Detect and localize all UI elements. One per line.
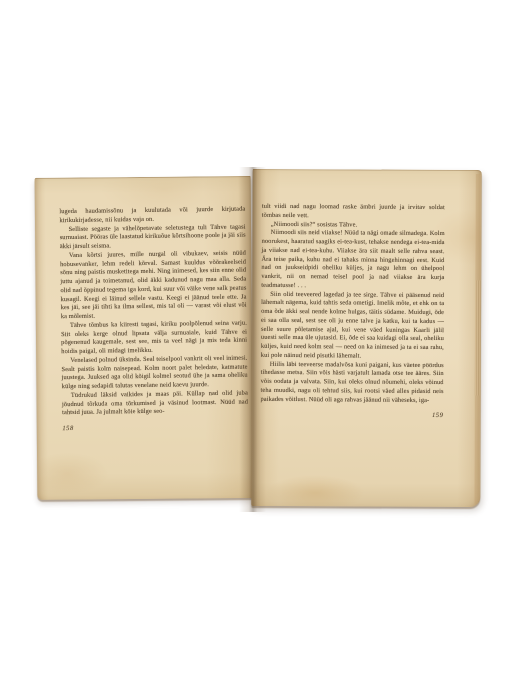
paragraph: tult viidi nad nagu loomad raske ämbri j… <box>262 203 445 222</box>
paragraph: Tähve tõmbus ka kiiresti tagasi, kiriku … <box>61 319 247 357</box>
right-page: tult viidi nad nagu loomad raske ämbri j… <box>251 169 481 507</box>
paragraph: Venelased polnud üksinda. Seal teiselpoo… <box>61 354 247 392</box>
left-page-number: 158 <box>62 423 248 434</box>
paragraph: Selliste segaste ja vähelõpetavate selet… <box>60 223 246 252</box>
paragraph: Siin olid teeveered lagedad ja tee sirge… <box>261 290 444 361</box>
right-page-paragraphs: tult viidi nad nagu loomad raske ämbri j… <box>260 203 444 406</box>
paragraph: Vana kõrtsi juures, mille nurgal oli vib… <box>60 249 247 322</box>
photo-background: lugeda haudamissõnu ja kuulutada või juu… <box>0 0 510 680</box>
left-page-text: lugeda haudamissõnu ja kuulutada või juu… <box>59 206 248 434</box>
paragraph: Tüdrukud läksid vaikides ja maas päi. Kü… <box>62 389 248 418</box>
book-photo: lugeda haudamissõnu ja kuulutada või juu… <box>36 167 481 512</box>
paragraph: Niimoodi siis neid viiakse! Nüüd ta nägi… <box>261 229 444 292</box>
book-page-block-edge <box>258 508 476 515</box>
right-page-number: 159 <box>260 411 443 421</box>
right-page-text: tult viidi nad nagu loomad raske ämbri j… <box>260 203 445 421</box>
left-page-paragraphs: lugeda haudamissõnu ja kuulutada või juu… <box>59 206 248 419</box>
paragraph: Hiilis läbi teeveerse madalvõsa kuni pai… <box>260 360 443 405</box>
left-page: lugeda haudamissõnu ja kuulutada või juu… <box>35 176 254 500</box>
